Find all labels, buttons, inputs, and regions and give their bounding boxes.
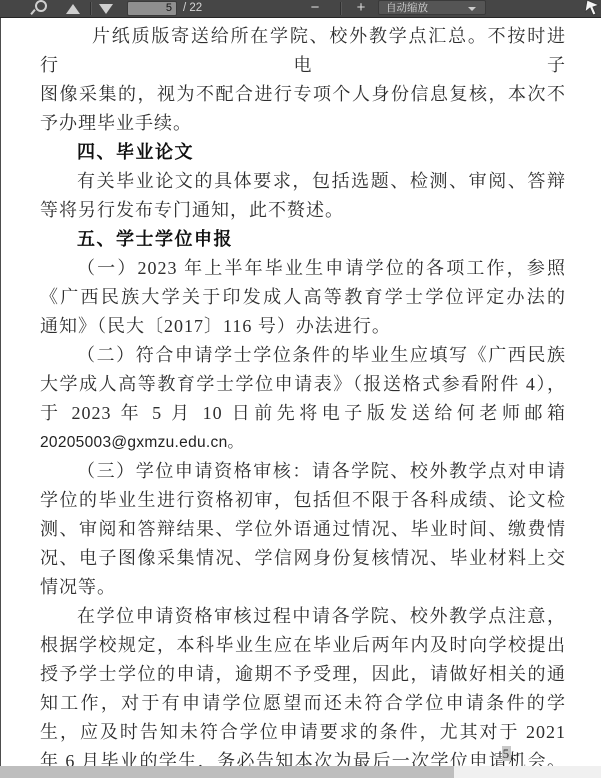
footer-page-number: 5 bbox=[502, 746, 512, 761]
document-line: 年 6 月毕业的学生，务必告知本次为最后一次学位申请机会。 bbox=[40, 747, 566, 766]
document-line: 《广西民族大学关于印发成人高等教育学士学位评定办法的 bbox=[40, 283, 566, 312]
document-line: （三）学位申请资格审核：请各学院、校外教学点对申请 bbox=[40, 457, 566, 486]
zoom-in-button[interactable]: + bbox=[351, 0, 371, 17]
footer-dash-right: - bbox=[511, 746, 521, 761]
search-handle bbox=[30, 9, 35, 15]
page-count-label: / 22 bbox=[183, 1, 202, 17]
toolbar-separator bbox=[340, 2, 341, 15]
document-line: 测、审阅和答辩结果、学位外语通过情况、毕业时间、缴费情 bbox=[40, 515, 566, 544]
document-heading: 四、毕业论文 bbox=[40, 138, 566, 167]
previous-page-button[interactable] bbox=[66, 4, 80, 14]
document-line: 通知》（民大〔2017〕116 号）办法进行。 bbox=[40, 312, 566, 341]
page-number-input[interactable] bbox=[127, 1, 177, 16]
document-page: 片纸质版寄送给所在学院、校外教学点汇总。不按时进行电子图像采集的，视为不配合进行… bbox=[0, 18, 601, 766]
toolbar-separator bbox=[90, 2, 91, 15]
document-line: 知工作，对于有申请学位愿望而还未符合学位申请条件的学 bbox=[40, 689, 566, 718]
document-line: 况、电子图像采集情况、学信网身份复核情况、毕业材料上交 bbox=[40, 544, 566, 573]
document-line: （二）符合申请学士学位条件的毕业生应填写《广西民族 bbox=[40, 341, 566, 370]
document-line: 在学位申请资格审核过程中请各学院、校外教学点注意， bbox=[40, 602, 566, 631]
pdf-viewer-toolbar: / 22 − + 自动缩放 bbox=[0, 0, 601, 18]
horizontal-scrollbar-thumb[interactable] bbox=[0, 766, 454, 778]
zoom-out-button[interactable]: − bbox=[305, 0, 325, 17]
document-text-block: 片纸质版寄送给所在学院、校外教学点汇总。不按时进行电子图像采集的，视为不配合进行… bbox=[40, 22, 566, 766]
document-line: 等将另行发布专门通知，此不赘述。 bbox=[40, 196, 566, 225]
document-line: 图像采集的，视为不配合进行专项个人身份信息复核，本次不 bbox=[40, 80, 566, 109]
document-line: 20205003@gxmzu.edu.cn。 bbox=[40, 428, 566, 457]
footer-dash-left: - bbox=[492, 746, 502, 761]
document-line: 大学成人高等教育学士学位申请表》（报送格式参看附件 4）， bbox=[40, 370, 566, 399]
document-line: 有关毕业论文的具体要求，包括选题、检测、审阅、答辩 bbox=[40, 167, 566, 196]
document-line: 情况等。 bbox=[40, 573, 566, 602]
document-line: 于 2023 年 5 月 10 日前先将电子版发送给何老师邮箱 bbox=[40, 399, 566, 428]
search-lens bbox=[35, 0, 47, 12]
document-line: 生，应及时告知未符合学位申请要求的条件，尤其对于 2021 bbox=[40, 718, 566, 747]
document-line: 片纸质版寄送给所在学院、校外教学点汇总。不按时进行电子 bbox=[40, 22, 566, 80]
document-line: 予办理毕业手续。 bbox=[40, 109, 566, 138]
document-heading: 五、学士学位申报 bbox=[40, 225, 566, 254]
search-icon[interactable] bbox=[31, 0, 47, 16]
horizontal-scrollbar[interactable] bbox=[0, 766, 601, 778]
mouse-cursor-icon bbox=[585, 0, 601, 17]
document-line: 授予学士学位的申请，逾期不予受理，因此，请做好相关的通 bbox=[40, 660, 566, 689]
next-page-button[interactable] bbox=[99, 4, 113, 14]
zoom-mode-select[interactable]: 自动缩放 bbox=[378, 0, 486, 15]
chevron-down-icon bbox=[468, 7, 476, 11]
document-line: （一）2023 年上半年毕业生申请学位的各项工作，参照 bbox=[40, 254, 566, 283]
page-footer: - 5 - bbox=[492, 746, 521, 762]
document-line: 学位的毕业生进行资格初审，包括但不限于各科成绩、论文检 bbox=[40, 486, 566, 515]
zoom-mode-value: 自动缩放 bbox=[386, 2, 428, 14]
document-line: 根据学校规定，本科毕业生应在毕业后两年内及时向学校提出 bbox=[40, 631, 566, 660]
